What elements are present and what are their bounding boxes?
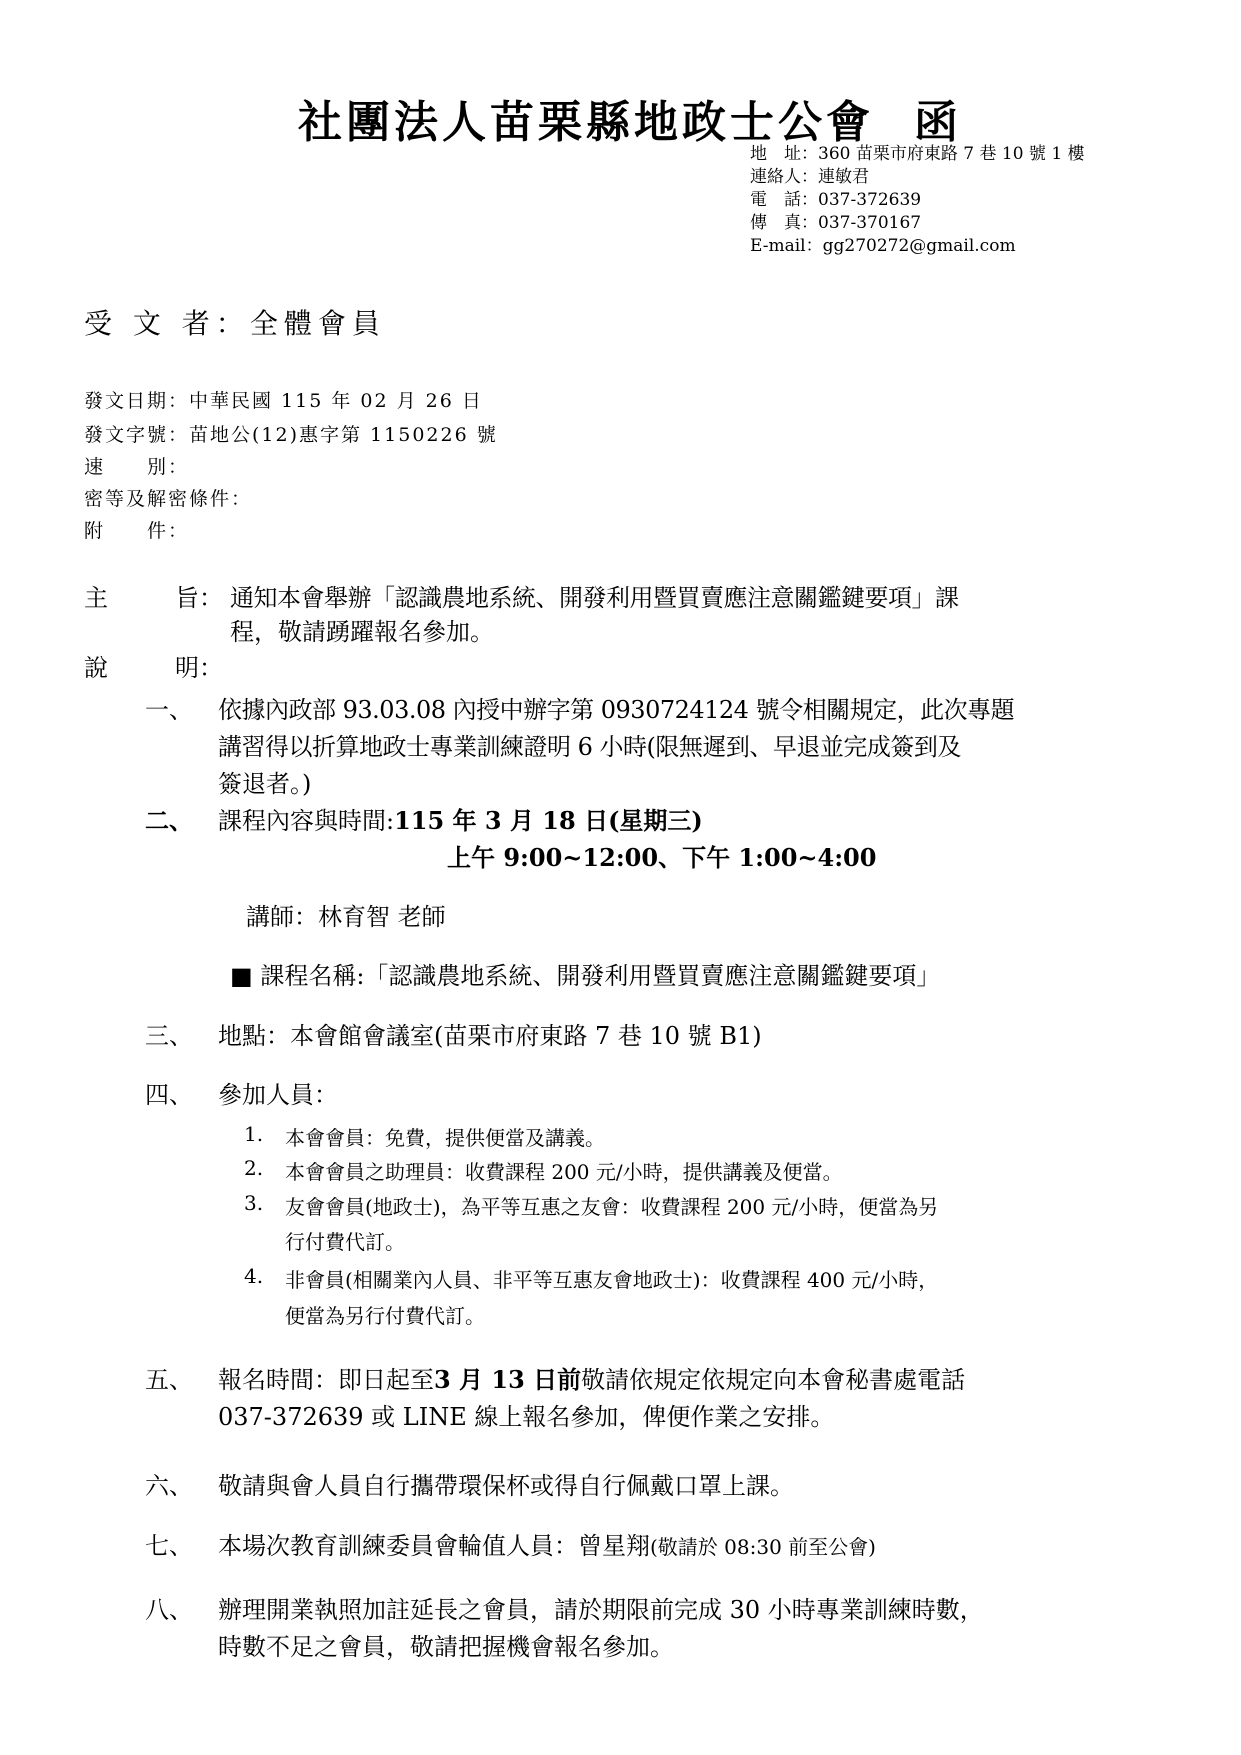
participant-1-number: 1. [244,1122,263,1146]
course-name-row: ■ 課程名稱:「認識農地系統、開發利用暨買賣應注意關鑑鍵要項」 [230,956,940,991]
item-6-text: 敬請與會人員自行攜帶環保杯或得自行佩戴口罩上課。 [218,1466,794,1501]
contact-address: 地 址：360 苗栗市府東路 7 巷 10 號 1 樓 [750,143,1085,166]
item-7-text: 本場次教育訓練委員會輪值人員：曾星翔(敬請於 08:30 前至公會) [218,1526,876,1561]
item-1-number: 一、 [145,690,193,725]
item-2-number: 二、 [145,801,193,836]
registration-deadline: 3 月 13 日前 [434,1365,581,1394]
item-8-line-1: 辦理開業執照加註延長之會員，請於期限前完成 30 小時專業訓練時數， [218,1590,984,1625]
item-3-number: 三、 [145,1016,193,1051]
item-5-number: 五、 [145,1360,193,1395]
lecturer: 講師：林育智 老師 [246,897,446,932]
course-name: 課程名稱:「認識農地系統、開發利用暨買賣應注意關鑑鍵要項」 [260,962,940,990]
meta-attachment: 附 件： [84,516,189,543]
participant-2-number: 2. [244,1156,263,1180]
participant-3-line-1: 友會會員(地政士)，為平等互惠之友會：收費課程 200 元/小時，便當為另 [285,1191,938,1220]
explanation-label-a: 說 [84,648,108,683]
item-6-number: 六、 [145,1466,193,1501]
contact-phone: 電 話：037-372639 [750,189,921,212]
participant-2-text: 本會會員之助理員：收費課程 200 元/小時，提供講義及便當。 [285,1156,843,1185]
duty-officer: 本場次教育訓練委員會輪值人員：曾星翔 [218,1532,650,1560]
contact-fax: 傳 真：037-370167 [750,212,921,235]
item-8-number: 八、 [145,1590,193,1625]
participant-3-number: 3. [244,1191,263,1215]
item-1-line-2: 講習得以折算地政士專業訓練證明 6 小時(限無遲到、早退並完成簽到及 [218,727,961,762]
item-4-label: 參加人員： [218,1075,338,1110]
subject-line-1: 通知本會舉辦「認識農地系統、開發利用暨買賣應注意關鑑鍵要項」課 [230,578,959,613]
item-5-line-1: 報名時間：即日起至3 月 13 日前敬請依規定依規定向本會秘書處電話 [218,1360,965,1395]
meta-priority: 速 別： [84,452,189,479]
item-5-line-2: 037-372639 或 LINE 線上報名參加，俾便作業之安排。 [218,1397,834,1432]
participant-4-line-1: 非會員(相關業內人員、非平等互惠友會地政士)：收費課程 400 元/小時， [285,1264,938,1293]
item-1-line-1: 依據內政部 93.03.08 內授中辦字第 0930724124 號令相關規定，… [218,690,1014,725]
participant-3-line-2: 行付費代訂。 [285,1226,405,1255]
meta-classification: 密等及解密條件： [84,484,252,511]
item-1-line-3: 簽退者。) [218,764,311,799]
square-bullet-icon: ■ [230,962,253,990]
item-2-schedule: 課程內容與時間:115 年 3 月 18 日(星期三) [218,801,703,836]
course-date: 115 年 3 月 18 日(星期三) [394,806,703,835]
schedule-label: 課程內容與時間: [218,807,394,835]
subject-label-b: 旨： [175,578,223,613]
recipient: 受 文 者：全體會員 [84,302,386,342]
course-time: 上午 9:00~12:00、下午 1:00~4:00 [447,838,876,873]
meta-date: 發文日期：中華民國 115 年 02 月 26 日 [84,386,483,413]
item-7-number: 七、 [145,1526,193,1561]
item-4-number: 四、 [145,1075,193,1110]
explanation-label-b: 明： [175,648,223,683]
contact-person: 連絡人：連敏君 [750,166,869,189]
doc-type: 函 [914,97,962,148]
participant-4-number: 4. [244,1264,263,1288]
org-title: 社團法人苗栗縣地政士公會 [298,97,874,148]
item-8-line-2: 時數不足之會員，敬請把握機會報名參加。 [218,1627,674,1662]
item-3-location: 地點：本會館會議室(苗栗市府東路 7 巷 10 號 B1) [218,1016,762,1051]
participant-1-text: 本會會員：免費，提供便當及講義。 [285,1122,605,1151]
meta-doc-number: 發文字號：苗地公(12)惠字第 1150226 號 [84,420,498,447]
document-title: 社團法人苗栗縣地政士公會函 [298,86,962,150]
participant-4-line-2: 便當為另行付費代訂。 [285,1300,485,1329]
contact-email: E-mail：gg270272@gmail.com [750,235,1016,258]
duty-note: (敬請於 08:30 前至公會) [650,1535,876,1559]
subject-label-a: 主 [84,578,108,613]
subject-line-2: 程，敬請踴躍報名參加。 [230,612,494,647]
